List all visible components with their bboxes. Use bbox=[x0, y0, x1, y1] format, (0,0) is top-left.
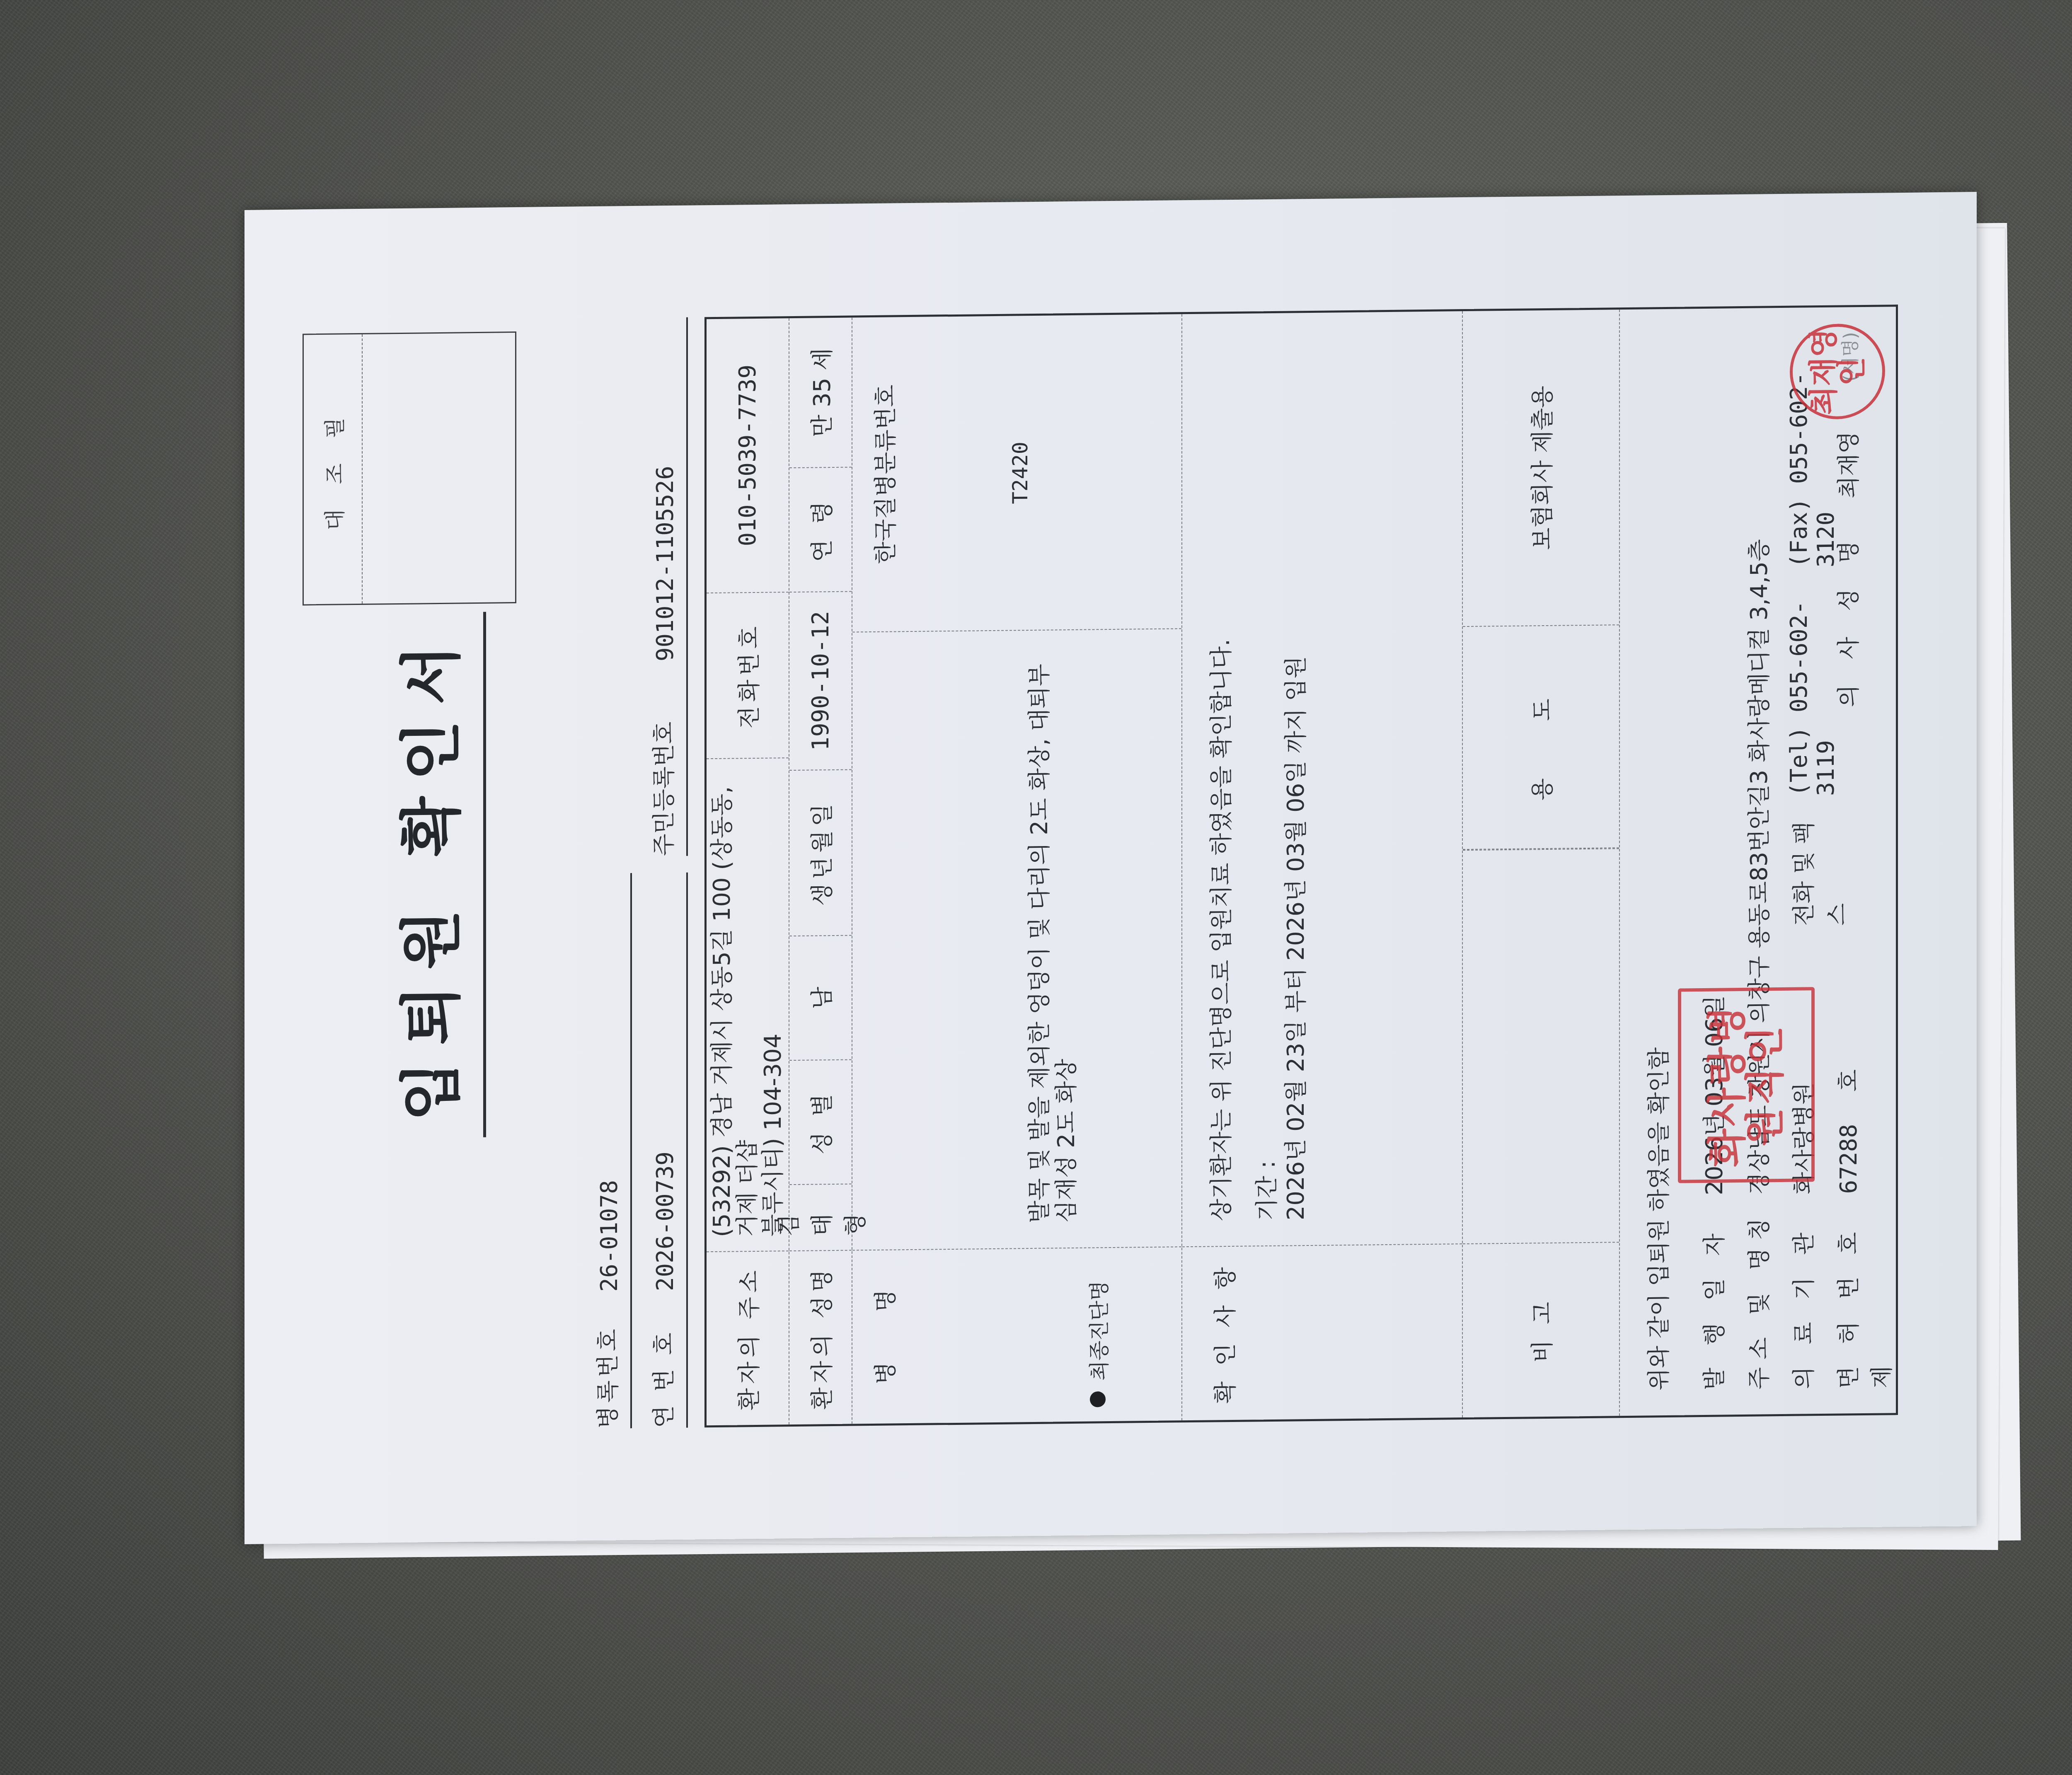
issuer-section: 위와 같이 입퇴원 하였음을 확인함 발 행 일 자 2026년 03월 06일… bbox=[1620, 307, 1896, 1416]
address-row: 환자의 주소 (53292) 경남 거제시 상동5길 100 (상동동, 거제 … bbox=[707, 318, 789, 1425]
confirmation-statement: 상기환자는 위 진단명으로 입원치료 하였음을 확인합니다. bbox=[1207, 639, 1236, 1221]
doctor-signature-row: 의 사 성 명 최재영 (서명) bbox=[1830, 332, 1875, 1389]
admission-period: 2026년 02월 23일 부터 2026년 03월 06일 까지 입원 bbox=[1282, 656, 1311, 1220]
confirmation-content: 상기환자는 위 진단명으로 입원치료 하였음을 확인합니다. 기간 : 2026… bbox=[1182, 311, 1462, 1246]
sex-label: 성 별 bbox=[789, 1059, 852, 1185]
notes-label: 비 고 bbox=[1463, 1242, 1619, 1417]
confirmation-label: 확 인 사 항 bbox=[1182, 1243, 1462, 1420]
disease-code-cell: 한국질병분류번호 T2420 bbox=[852, 314, 1181, 632]
resident-id: 주민등록번호 901012-1105526 bbox=[632, 317, 688, 856]
document-title-block: 입퇴원 확인서 bbox=[381, 208, 486, 1543]
doctor-name: 최재영 bbox=[1830, 431, 1864, 498]
address-value: (53292) 경남 거제시 상동5길 100 (상동동, 거제 더샵 블루시티… bbox=[707, 757, 789, 1251]
disease-code-header: 한국질병분류번호 bbox=[867, 334, 900, 615]
issuer-statement: 위와 같이 입퇴원 하였음을 확인함 bbox=[1641, 334, 1674, 1391]
notes-row: 비 고 용 도 보험회사 제출용 bbox=[1463, 310, 1620, 1417]
hospital-address-row: 주소 및 명칭 경상남도 창원시 의창구 용동로83번안길3 화사랑메디컬 3,… bbox=[1741, 333, 1786, 1390]
disease-code: T2420 bbox=[1008, 332, 1032, 614]
sex-value: 남 bbox=[789, 935, 852, 1060]
bullet-icon bbox=[1090, 1391, 1106, 1407]
diagnosis-label: 병 명 최종진단명 bbox=[852, 1246, 1181, 1424]
address-label: 환자의 주소 bbox=[707, 1250, 789, 1425]
dob-label: 생년월일 bbox=[789, 769, 852, 936]
use-value: 보험회사 제출용 bbox=[1463, 310, 1619, 626]
confirmation-row: 확 인 사 항 상기환자는 위 진단명으로 입원치료 하였음을 확인합니다. 기… bbox=[1182, 311, 1463, 1420]
document-meta: 병록번호 26-01078 연 번 호 2026-00739 주민등록번호 90… bbox=[576, 317, 688, 1429]
patient-name-row: 환자의 성명 김태형 성 별 남 생년월일 1990-10-12 연 령 만 3… bbox=[789, 318, 852, 1425]
patient-name: 김태형 bbox=[789, 1184, 852, 1251]
diagnosis-row: 병 명 최종진단명 발목 및 발을 제외한 엉덩이 및 다리의 2도 화상, 대… bbox=[852, 314, 1182, 1424]
phone-label: 전화번호 bbox=[707, 592, 789, 758]
document-title: 입퇴원 확인서 bbox=[381, 612, 486, 1138]
diagnosis-content: 발목 및 발을 제외한 엉덩이 및 다리의 2도 화상, 대퇴부 심재성 2도 … bbox=[852, 314, 1181, 1250]
notes-value bbox=[1463, 848, 1619, 1243]
phone-value: 010-5039-7739 bbox=[707, 318, 789, 592]
name-label: 환자의 성명 bbox=[789, 1250, 852, 1425]
issue-date-row: 발 행 일 자 2026년 03월 06일 bbox=[1696, 333, 1741, 1390]
certificate-form: 환자의 주소 (53292) 경남 거제시 상동5길 100 (상동동, 거제 … bbox=[704, 305, 1898, 1427]
dob-value: 1990-10-12 bbox=[789, 591, 852, 770]
institution-row: 의 료 기 관 화사랑병원 전화 및 팩스 (Tel) 055-602-3119… bbox=[1786, 332, 1830, 1389]
final-diagnosis-label: 최종진단명 bbox=[1083, 1280, 1113, 1381]
serial-number: 연 번 호 2026-00739 bbox=[632, 873, 688, 1428]
diagnosis-text: 발목 및 발을 제외한 엉덩이 및 다리의 2도 화상, 대퇴부 심재성 2도 … bbox=[852, 629, 1181, 1250]
verification-label: 대 조 필 bbox=[304, 334, 363, 604]
hospital-seal: 화사랑병원직인 bbox=[1678, 987, 1815, 1183]
admission-discharge-certificate: 대 조 필 입퇴원 확인서 병록번호 26-01078 연 번 호 2026-0… bbox=[244, 192, 1977, 1544]
age-value: 만 35 세 bbox=[789, 318, 852, 468]
use-label: 용 도 bbox=[1463, 624, 1619, 850]
age-label: 연 령 bbox=[789, 467, 852, 592]
period-label: 기간 : bbox=[1253, 1161, 1282, 1221]
registration-number: 병록번호 26-01078 bbox=[576, 873, 632, 1429]
issuer-content: 위와 같이 입퇴원 하였음을 확인함 발 행 일 자 2026년 03월 06일… bbox=[1620, 307, 1896, 1416]
